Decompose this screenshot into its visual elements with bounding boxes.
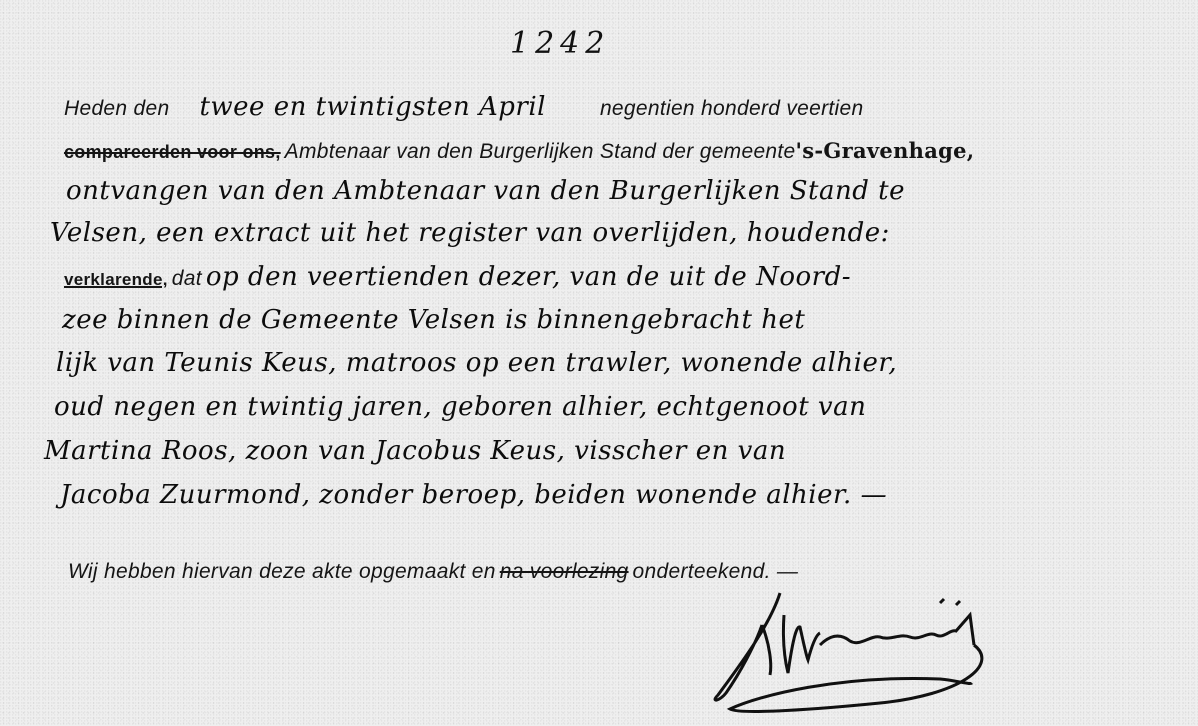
civil-registry-death-record: 1242 Heden den twee en twintigsten April…	[0, 0, 1198, 726]
line-2: compareerden voor ons, Ambtenaar van den…	[64, 138, 974, 164]
line-8: oud negen en twintig jaren, geboren alhi…	[54, 392, 866, 422]
line-10: Jacoba Zuurmond, zonder beroep, beiden w…	[60, 480, 887, 510]
printed-ambtenaar: Ambtenaar van den Burgerlijken Stand der…	[285, 140, 796, 163]
act-number: 1242	[510, 26, 610, 61]
struck-compareerden: compareerden voor ons,	[64, 142, 281, 162]
printed-dat: dat	[172, 267, 202, 290]
line-1: Heden den twee en twintigsten April nege…	[64, 92, 863, 122]
struck-verklarende: verklarende,	[64, 270, 168, 289]
line-4: Velsen, een extract uit het register van…	[50, 218, 890, 248]
line-6: zee binnen de Gemeente Velsen is binneng…	[62, 305, 805, 335]
line-3: ontvangen van den Ambtenaar van den Burg…	[66, 176, 905, 206]
printed-closing: Wij hebben hiervan deze akte opgemaakt e…	[68, 560, 496, 583]
printed-onderteekend: onderteekend	[633, 560, 765, 583]
line-5: verklarende, dat op den veertienden deze…	[64, 262, 851, 292]
closing-dash: . —	[765, 560, 799, 583]
place-gravenhage: 's-Gravenhage,	[796, 138, 975, 163]
signature-icon	[700, 585, 1030, 715]
line-9: Martina Roos, zoon van Jacobus Keus, vis…	[44, 436, 786, 466]
line-7: lijk van Teunis Keus, matroos op een tra…	[56, 348, 897, 378]
closing-line: Wij hebben hiervan deze akte opgemaakt e…	[68, 560, 798, 584]
struck-voorlezing: na voorlezing	[500, 560, 629, 583]
printed-heden-den: Heden den	[64, 97, 169, 120]
printed-year: negentien honderd veertien	[600, 97, 864, 120]
handwritten-line-5: op den veertienden dezer, van de uit de …	[206, 262, 851, 292]
handwritten-date: twee en twintigsten April	[199, 92, 545, 122]
